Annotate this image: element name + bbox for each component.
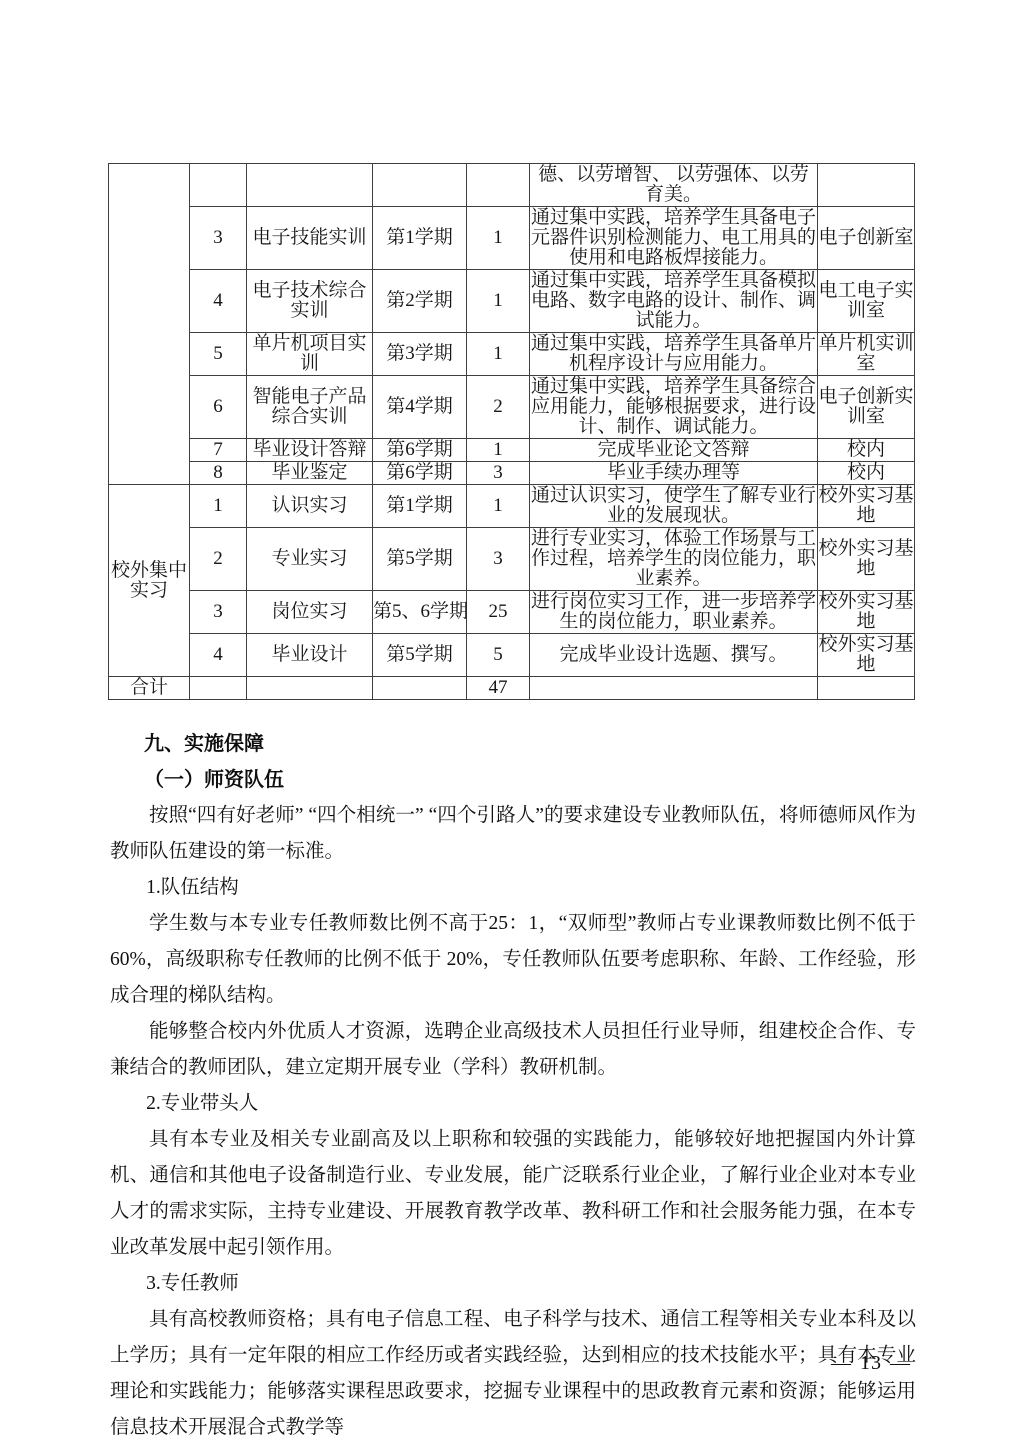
practical-training-table: 德、以劳增智、 以劳强体、以劳育美。3电子技能实训第1学期1通过集中实践，培养学…: [108, 163, 915, 700]
semester-cell: 第3学期: [373, 333, 467, 376]
location-cell: 校外实习基地: [818, 591, 915, 634]
semester-cell: 第1学期: [373, 207, 467, 270]
desc-cell: 毕业手续办理等: [530, 462, 818, 485]
semester-cell: 第4学期: [373, 376, 467, 439]
name-cell: 专业实习: [247, 528, 373, 591]
credits-cell: 2: [467, 376, 530, 439]
location-cell: 校内: [818, 439, 915, 462]
desc-cell: [530, 677, 818, 700]
no-cell: 6: [190, 376, 247, 439]
location-cell: 校内: [818, 462, 915, 485]
page-number: 13: [860, 1352, 882, 1374]
desc-cell: 进行岗位实习工作，进一步培养学生的岗位能力，职业素养。: [530, 591, 818, 634]
no-cell: 7: [190, 439, 247, 462]
desc-cell: 完成毕业设计选题、撰写。: [530, 634, 818, 677]
credits-total-cell: 47: [467, 677, 530, 700]
paragraph: 学生数与本专业专任教师数比例不高于25：1，“双师型”教师占专业课教师数比例不低…: [110, 906, 916, 1014]
no-cell: [190, 164, 247, 207]
credits-cell: 5: [467, 634, 530, 677]
credits-cell: 1: [467, 207, 530, 270]
no-cell: 3: [190, 207, 247, 270]
no-cell: [190, 677, 247, 700]
heading: （一）师资队伍: [110, 762, 916, 798]
desc-cell: 通过集中实践，培养学生具备单片机程序设计与应用能力。: [530, 333, 818, 376]
credits-cell: [467, 164, 530, 207]
name-cell: 电子技能实训: [247, 207, 373, 270]
table-row: 4电子技术综合实训第2学期1通过集中实践，培养学生具备模拟电路、数字电路的设计、…: [109, 270, 915, 333]
desc-cell: 通过认识实习，使学生了解专业行业的发展现状。: [530, 485, 818, 528]
no-cell: 5: [190, 333, 247, 376]
body-text: 九、实施保障（一）师资队伍按照“四有好老师” “四个相统一” “四个引路人”的要…: [110, 726, 916, 1446]
name-cell: 智能电子产品综合实训: [247, 376, 373, 439]
group-label-cell: 校外集中实习: [109, 485, 190, 677]
name-cell: 毕业设计答辩: [247, 439, 373, 462]
name-cell: 毕业鉴定: [247, 462, 373, 485]
table-row: 3电子技能实训第1学期1通过集中实践，培养学生具备电子元器件识别检测能力、电工用…: [109, 207, 915, 270]
footer-dash-right: —: [890, 1352, 911, 1374]
heading: 2.专业带头人: [110, 1086, 916, 1122]
desc-cell: 德、以劳增智、 以劳强体、以劳育美。: [530, 164, 818, 207]
heading: 3.专任教师: [110, 1266, 916, 1302]
name-cell: 岗位实习: [247, 591, 373, 634]
no-cell: 2: [190, 528, 247, 591]
no-cell: 8: [190, 462, 247, 485]
heading: 九、实施保障: [110, 726, 916, 762]
table-row: 2专业实习第5学期3进行专业实习，体验工作场景与工作过程，培养学生的岗位能力，职…: [109, 528, 915, 591]
location-cell: [818, 164, 915, 207]
location-cell: 电工电子实训室: [818, 270, 915, 333]
location-cell: 校外实习基地: [818, 634, 915, 677]
semester-cell: 第5学期: [373, 634, 467, 677]
footer-dash-left: —: [831, 1352, 852, 1374]
credits-cell: 3: [467, 528, 530, 591]
paragraph: 具有本专业及相关专业副高及以上职称和较强的实践能力，能够较好地把握国内外计算机、…: [110, 1122, 916, 1266]
no-cell: 4: [190, 270, 247, 333]
table-row: 8毕业鉴定第6学期3毕业手续办理等校内: [109, 462, 915, 485]
no-cell: 4: [190, 634, 247, 677]
no-cell: 1: [190, 485, 247, 528]
credits-cell: 1: [467, 485, 530, 528]
credits-cell: 1: [467, 270, 530, 333]
no-cell: 3: [190, 591, 247, 634]
table-row: 4毕业设计第5学期5完成毕业设计选题、撰写。校外实习基地: [109, 634, 915, 677]
semester-cell: 第1学期: [373, 485, 467, 528]
name-cell: 毕业设计: [247, 634, 373, 677]
semester-cell: 第5、6学期: [373, 591, 467, 634]
semester-cell: [373, 677, 467, 700]
credits-cell: 1: [467, 333, 530, 376]
desc-cell: 通过集中实践，培养学生具备电子元器件识别检测能力、电工用具的使用和电路板焊接能力…: [530, 207, 818, 270]
semester-cell: 第6学期: [373, 439, 467, 462]
table-row: 7毕业设计答辩第6学期1完成毕业论文答辩校内: [109, 439, 915, 462]
name-cell: 认识实习: [247, 485, 373, 528]
semester-cell: 第5学期: [373, 528, 467, 591]
table-row: 3岗位实习第5、6学期25进行岗位实习工作，进一步培养学生的岗位能力，职业素养。…: [109, 591, 915, 634]
desc-cell: 完成毕业论文答辩: [530, 439, 818, 462]
location-cell: 电子创新室: [818, 207, 915, 270]
paragraph: 能够整合校内外优质人才资源，选聘企业高级技术人员担任行业导师，组建校企合作、专兼…: [110, 1014, 916, 1086]
name-cell: 单片机项目实训: [247, 333, 373, 376]
semester-cell: [373, 164, 467, 207]
name-cell: 电子技术综合实训: [247, 270, 373, 333]
credits-cell: 25: [467, 591, 530, 634]
page-footer: —13—: [827, 1352, 915, 1375]
location-cell: 电子创新实训室: [818, 376, 915, 439]
name-cell: [247, 164, 373, 207]
location-cell: 校外实习基地: [818, 485, 915, 528]
location-cell: [818, 677, 915, 700]
group-label-cell: [109, 164, 190, 485]
credits-cell: 3: [467, 462, 530, 485]
document-page: 德、以劳增智、 以劳强体、以劳育美。3电子技能实训第1学期1通过集中实践，培养学…: [0, 0, 1024, 1448]
table-row: 德、以劳增智、 以劳强体、以劳育美。: [109, 164, 915, 207]
paragraph: 具有高校教师资格；具有电子信息工程、电子科学与技术、通信工程等相关专业本科及以上…: [110, 1302, 916, 1446]
desc-cell: 进行专业实习，体验工作场景与工作过程，培养学生的岗位能力，职业素养。: [530, 528, 818, 591]
table-row: 5单片机项目实训第3学期1通过集中实践，培养学生具备单片机程序设计与应用能力。单…: [109, 333, 915, 376]
heading: 1.队伍结构: [110, 870, 916, 906]
paragraph: 按照“四有好老师” “四个相统一” “四个引路人”的要求建设专业教师队伍，将师德…: [110, 798, 916, 870]
name-cell: [247, 677, 373, 700]
table-total-row: 合计47: [109, 677, 915, 700]
location-cell: 单片机实训室: [818, 333, 915, 376]
semester-cell: 第6学期: [373, 462, 467, 485]
table-row: 校外集中实习1认识实习第1学期1通过认识实习，使学生了解专业行业的发展现状。校外…: [109, 485, 915, 528]
desc-cell: 通过集中实践，培养学生具备模拟电路、数字电路的设计、制作、调试能力。: [530, 270, 818, 333]
location-cell: 校外实习基地: [818, 528, 915, 591]
semester-cell: 第2学期: [373, 270, 467, 333]
table-row: 6智能电子产品综合实训第4学期2通过集中实践，培养学生具备综合应用能力，能够根据…: [109, 376, 915, 439]
credits-cell: 1: [467, 439, 530, 462]
total-label-cell: 合计: [109, 677, 190, 700]
desc-cell: 通过集中实践，培养学生具备综合应用能力，能够根据要求，进行设计、制作、调试能力。: [530, 376, 818, 439]
